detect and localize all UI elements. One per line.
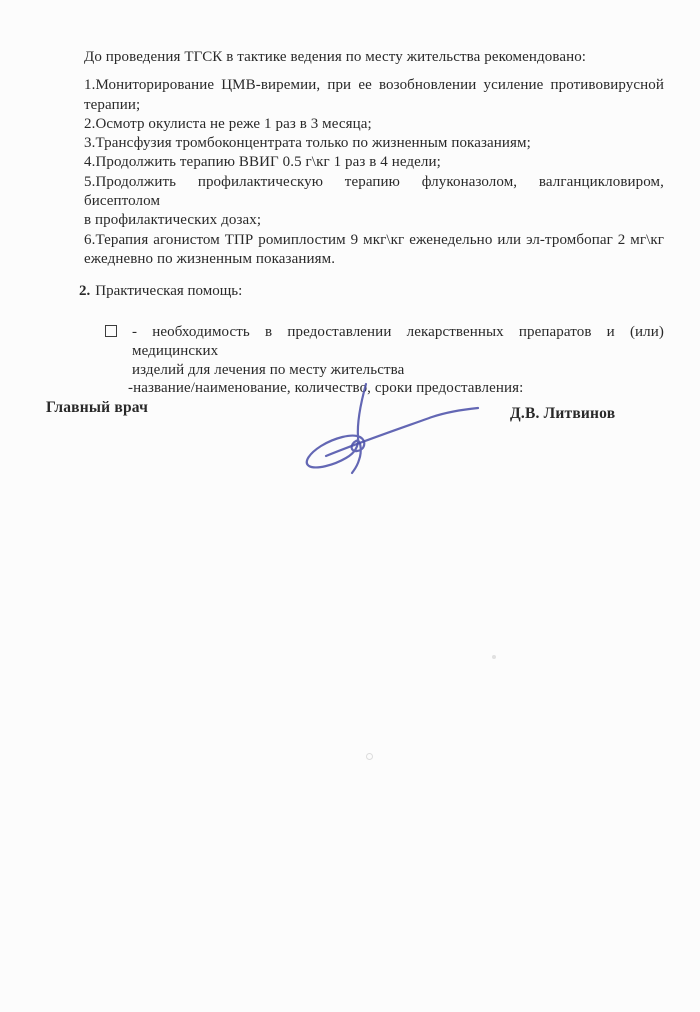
recommendations-block: До проведения ТГСК в тактике ведения по … <box>84 48 664 269</box>
recommendation-line-1a: 1.Мониторирование ЦМВ-виремии, при ее во… <box>84 76 664 95</box>
signature-ink-tail <box>326 408 478 456</box>
signer-name-label: Д.В. Литвинов <box>510 405 615 423</box>
intro-paragraph: До проведения ТГСК в тактике ведения по … <box>84 48 664 67</box>
recommendation-line-2: 2.Осмотр окулиста не реже 1 раз в 3 меся… <box>84 115 664 134</box>
checkbox-item-line-2: изделий для лечения по месту жительства <box>132 361 664 380</box>
scan-speck <box>492 655 496 659</box>
scanned-document-page: До проведения ТГСК в тактике ведения по … <box>0 0 700 1012</box>
section-2-number: 2. <box>79 283 90 299</box>
signature-ink-loop <box>307 384 366 473</box>
checkbox-unchecked <box>105 325 117 337</box>
checkbox-item-line-1: - необходимость в предоставлении лекарст… <box>132 323 664 361</box>
recommendation-line-3: 3.Трансфузия тромбоконцентрата только по… <box>84 134 664 153</box>
handwritten-signature <box>290 380 490 500</box>
recommendation-line-5a: 5.Продолжить профилактическую терапию фл… <box>84 173 664 212</box>
recommendation-line-5b: в профилактических дозах; <box>84 211 664 230</box>
section-2-heading: 2.Практическая помощь: <box>79 282 242 301</box>
section-2-title: Практическая помощь: <box>95 283 242 299</box>
recommendation-line-1b: терапии; <box>84 96 664 115</box>
recommendation-line-6a: 6.Терапия агонистом ТПР ромиплостим 9 мк… <box>84 231 664 250</box>
recommendations-list: 1.Мониторирование ЦМВ-виремии, при ее во… <box>84 76 664 269</box>
recommendation-line-6b: ежедневно по жизненным показаниям. <box>84 250 664 269</box>
recommendation-line-4: 4.Продолжить терапию ВВИГ 0.5 г\кг 1 раз… <box>84 153 664 172</box>
signer-role-label: Главный врач <box>46 399 148 417</box>
scan-speck <box>366 753 373 760</box>
